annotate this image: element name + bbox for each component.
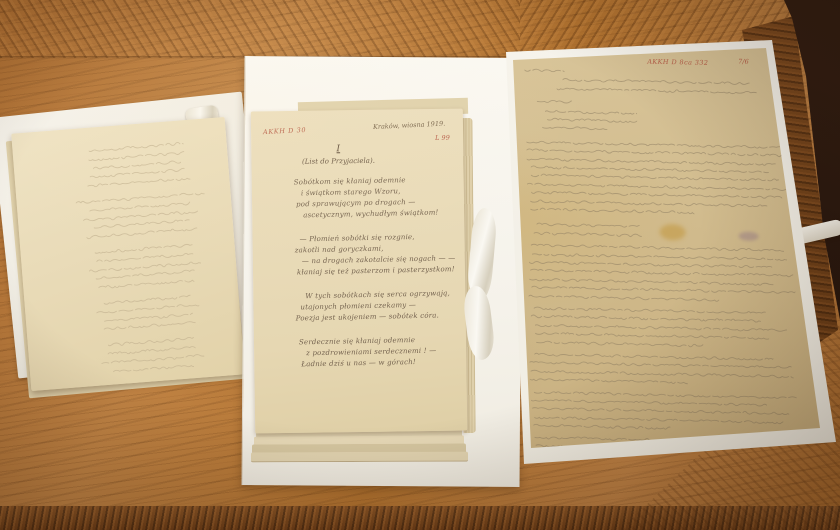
center-stack-page-edge (251, 452, 468, 463)
archive-mark: AKKH D 30 (263, 126, 306, 136)
ink-smudge (739, 232, 759, 241)
handwriting-line (533, 422, 670, 432)
table-border-chevron-left (0, 0, 520, 58)
right-page-handwriting (522, 67, 795, 465)
photograph-of-manuscripts: AKKH D 30 Kraków, wiosna 1919. L 99 I (L… (0, 0, 840, 530)
poem-text: Sobótkom się kłaniaj odemniei świątkom s… (292, 175, 463, 370)
page-number-mark: 7/6 (738, 57, 749, 65)
handwritten-verse-line: Ładnie dziś u nas — w górach! (301, 356, 462, 370)
catalog-mark: L 99 (435, 134, 450, 142)
date-inscription: Kraków, wiosna 1919. (373, 120, 446, 132)
left-manuscript-page (11, 117, 245, 391)
poem-subtitle: (List do Przyjaciela). (232, 156, 444, 168)
handwriting-line (542, 124, 607, 132)
right-page-content: AKKH D 8ca 332 7/6 (522, 53, 808, 459)
paper-stain (660, 224, 686, 241)
handwriting-line (537, 221, 640, 230)
handwriting-line (557, 86, 757, 97)
handwriting-line (534, 230, 642, 239)
handwriting-line (536, 339, 703, 350)
poem-number: I (232, 143, 444, 156)
handwriting-line (524, 67, 564, 75)
center-manuscript-page: AKKH D 30 Kraków, wiosna 1919. L 99 I (L… (251, 109, 467, 434)
archive-mark: AKKH D 8ca 332 (647, 58, 708, 67)
left-page-handwriting (61, 138, 229, 381)
handwriting-line (529, 293, 720, 304)
handwriting-line (537, 98, 572, 106)
